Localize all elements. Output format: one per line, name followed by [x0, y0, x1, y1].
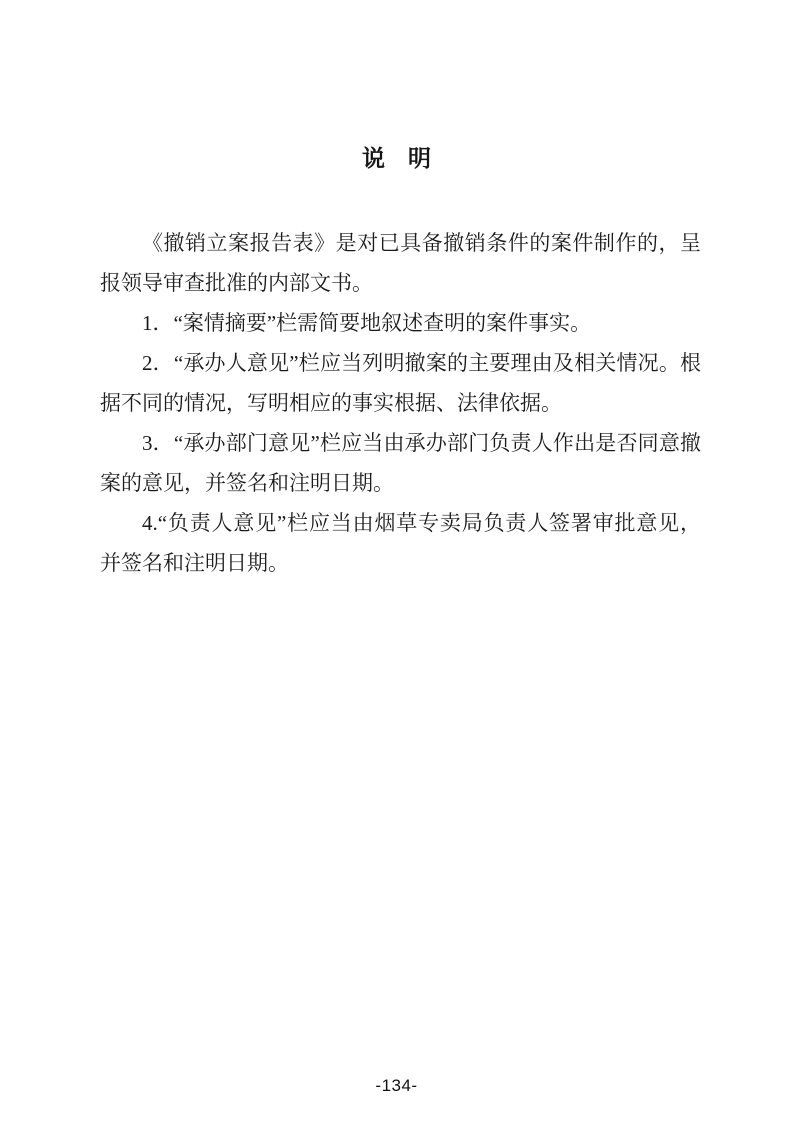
document-body: 《撤销立案报告表》是对已具备撤销条件的案件制作的，呈报领导审查批准的内部文书。 … [100, 223, 701, 583]
paragraph-item-3: 3．“承办部门意见”栏应当由承办部门负责人作出是否同意撤案的意见，并签名和注明日… [100, 423, 701, 503]
document-page: 说 明 《撤销立案报告表》是对已具备撤销条件的案件制作的，呈报领导审查批准的内部… [0, 0, 793, 1122]
page-number: -134- [0, 1077, 793, 1096]
paragraph-item-4: 4.“负责人意见”栏应当由烟草专卖局负责人签署审批意见，并签名和注明日期。 [100, 503, 701, 583]
paragraph-intro: 《撤销立案报告表》是对已具备撤销条件的案件制作的，呈报领导审查批准的内部文书。 [100, 223, 701, 303]
paragraph-item-2: 2．“承办人意见”栏应当列明撤案的主要理由及相关情况。根据不同的情况，写明相应的… [100, 343, 701, 423]
paragraph-item-1: 1．“案情摘要”栏需简要地叙述查明的案件事实。 [100, 303, 701, 343]
page-title: 说 明 [0, 146, 793, 171]
